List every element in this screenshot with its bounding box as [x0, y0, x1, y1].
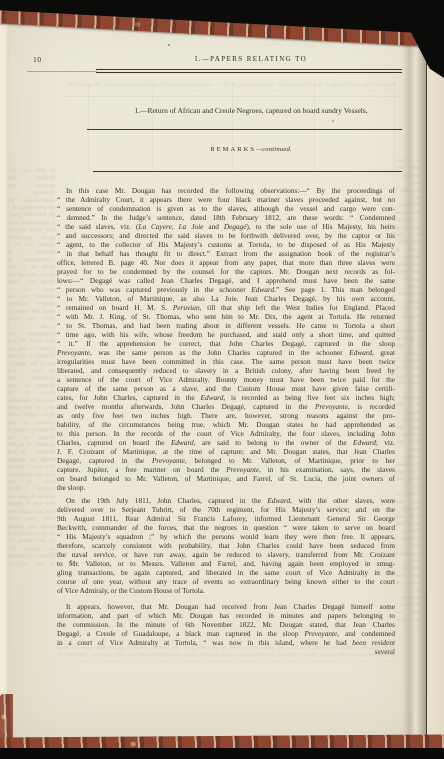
text-line: Charles, captured on board the Edward, a… — [57, 438, 395, 447]
text-line: gling transactions, be again captured, a… — [57, 568, 395, 577]
remarks-body: In this case Mr. Dougan has recorded the… — [57, 186, 395, 657]
head-rule-thick — [96, 69, 402, 71]
text-line: “ His Majesty’s squadron ;” by which the… — [57, 532, 395, 541]
remarks-continued-label: —continued. — [256, 146, 292, 153]
next-page-edge — [427, 0, 444, 759]
page-edge-left — [0, 8, 9, 740]
text-line: the commission. In the minute of 6th Nov… — [57, 620, 395, 629]
text-line: “ to Mr. Valleton, of Martinique, as als… — [57, 294, 395, 303]
ghost-table-line — [62, 96, 404, 97]
text-line: to Mr. Valleton, or to Messrs. Valleton … — [57, 559, 395, 568]
text-line: “ sentence of condemnation is given as t… — [57, 204, 395, 213]
page-number: 10 — [33, 55, 42, 64]
ghost-table-line — [152, 82, 153, 172]
paragraph-observations: In this case Mr. Dougan has recorded the… — [57, 186, 395, 492]
text-line: in a court of Vice Admiralty at Tortola,… — [57, 638, 395, 647]
text-line: as only five feet two inches high. There… — [57, 411, 395, 420]
text-line: capture of the same person as a slave, a… — [57, 384, 395, 393]
text-line: prayed for to be condemned by the counse… — [57, 267, 395, 276]
text-line: and twelve months afterwards, John Charl… — [57, 402, 395, 411]
text-line: “ demned.” In the Judge’s sentence, date… — [57, 213, 395, 222]
head-rule-thin — [96, 72, 402, 73]
text-line: on board belonged to Mr. Valleton, of Ma… — [57, 474, 395, 483]
catchword: several — [57, 648, 395, 657]
text-line: On the 19th July 1811, John Charles, cap… — [57, 496, 395, 505]
text-line: In this case Mr. Dougan has recorded the… — [57, 186, 395, 195]
text-line: bability, of the circumstances being tru… — [57, 420, 395, 429]
ghost-table-line — [88, 82, 89, 172]
marbled-corner-left — [0, 694, 13, 740]
remarks-label: Remarks — [210, 146, 256, 153]
text-line: irregularities must have been committed … — [57, 357, 395, 366]
text-line: “ in that behalf has thought fit to dire… — [57, 249, 395, 258]
text-line: Prevoyante, was the same person as the J… — [57, 348, 395, 357]
text-line: “ agent, to the collector of His Majesty… — [57, 240, 395, 249]
paragraph-it-appears: It appears, however, that Mr. Dougan had… — [57, 602, 395, 647]
text-line: office, lettered B. page 40. Nor does it… — [57, 258, 395, 267]
text-line: “ and successors; and directed the said … — [57, 231, 395, 240]
text-line: a sentence of the court of Vice Admiralt… — [57, 375, 395, 384]
remarks-heading: Remarks—continued. — [100, 146, 402, 153]
ghost-table-line — [314, 82, 315, 172]
text-line: information, and part of which Mr. Douga… — [57, 611, 395, 620]
text-line: liberated, and consequently reduced to s… — [57, 366, 395, 375]
background-bottom — [0, 748, 444, 759]
paper-speck — [168, 44, 170, 46]
text-line: therefore, scarcely consistent with prob… — [57, 541, 395, 550]
text-line: capture. Jupiter, a free mariner on boar… — [57, 465, 395, 474]
remarks-rule — [93, 171, 402, 172]
text-line: cates, for John Charles, captured in the… — [57, 393, 395, 402]
text-line: Degagé, a Creole of Guadaloupe, a black … — [57, 629, 395, 638]
text-line: “ time ago, with his wife, whose freedom… — [57, 330, 395, 339]
text-line: “ the Admiralty Court, it appears there … — [57, 195, 395, 204]
text-line: 9th August 1811, Rear Admiral Sir Franci… — [57, 514, 395, 523]
paper-speck — [70, 560, 72, 562]
text-line: “ the said slaves, viz. (La Cayere, La J… — [57, 222, 395, 231]
running-head: I.—Papers relating to — [100, 55, 402, 63]
text-line: “ it.” If the apprehension be correct, t… — [57, 339, 395, 348]
text-line: delivered over to Serjeant Tubritt, of t… — [57, 505, 395, 514]
text-line: of Vice Admiraly, or the Custom House of… — [57, 586, 395, 595]
text-line: “ to St. Thomas, and had been trading ab… — [57, 321, 395, 330]
section-heading: 1.—Return of African and Creole Negroes,… — [100, 106, 402, 115]
text-line: “ with Mr. J. King, of St. Thomas, who s… — [57, 312, 395, 321]
text-line: lows:—“ Degagé was called Jean Charles D… — [57, 276, 395, 285]
head-rule-faint — [27, 71, 97, 72]
ghost-table-line — [394, 82, 395, 172]
text-line: to this person. In the records of the co… — [57, 429, 395, 438]
paper-speck — [332, 120, 334, 122]
book-gutter-fold — [402, 0, 427, 759]
text-line: the sloop. — [57, 483, 395, 492]
book-photo: In this case Mr. Dougan has recorded the… — [0, 0, 444, 759]
text-line: It appears, however, that Mr. Dougan had… — [57, 602, 395, 611]
text-line: Beckwith, commander of the forces, that … — [57, 523, 395, 532]
paragraph-july-1811: On the 19th July 1811, John Charles, cap… — [57, 496, 395, 595]
text-line: “ person who was captured previously in … — [57, 285, 395, 294]
text-line: Degagé, captured in the Prevoyante, belo… — [57, 456, 395, 465]
text-line: J. F. Croizant of Martinique, at the tim… — [57, 447, 395, 456]
ghost-table-line — [232, 82, 233, 172]
heading-rule — [87, 129, 402, 130]
text-line: “ remained on board H. M. S. Peruvian, t… — [57, 303, 395, 312]
text-line: course of one year, without any trace of… — [57, 577, 395, 586]
text-line: the naval service, or have run away, aga… — [57, 550, 395, 559]
